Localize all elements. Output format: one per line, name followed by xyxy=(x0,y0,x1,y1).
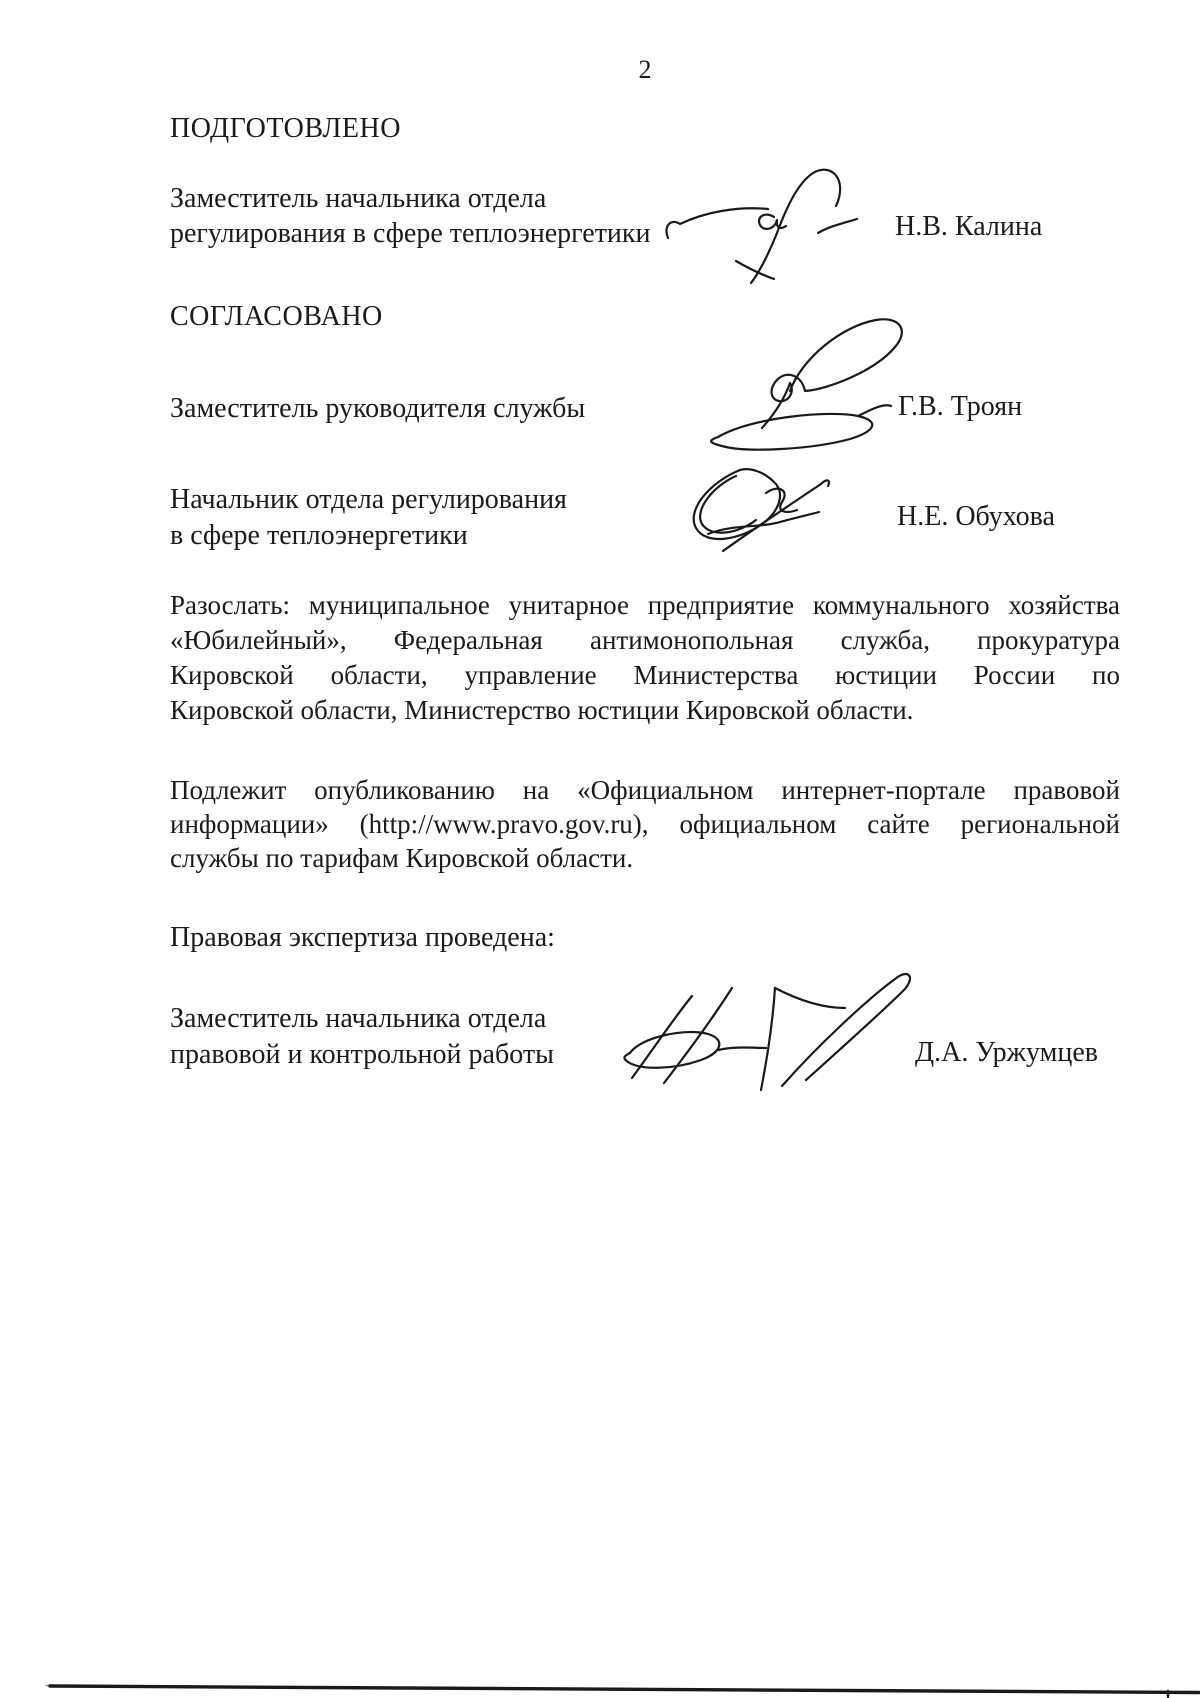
signer-name-obukhova: Н.Е. Обухова xyxy=(897,500,1055,534)
signer-title-urzhumtsev: Заместитель начальника отдела правовой и… xyxy=(170,1001,554,1073)
signature-obukhova xyxy=(678,462,853,557)
paragraph-line: «Юбилейный», Федеральная антимонопольная… xyxy=(170,623,1120,658)
signature-kalina xyxy=(660,160,870,290)
page-number: 2 xyxy=(170,55,1120,85)
section-heading-prepared: ПОДГОТОВЛЕНО xyxy=(170,112,401,146)
paragraph-line: службы по тарифам Кировской области. xyxy=(170,841,1120,875)
paragraph-line: информации» (http://www.pravo.gov.ru), о… xyxy=(170,807,1120,841)
signer-title-kalina: Заместитель начальника отдела регулирова… xyxy=(170,181,651,251)
signer-title-line: Заместитель руководителя службы xyxy=(170,391,585,426)
document-page: 2 ПОДГОТОВЛЕНО Заместитель начальника от… xyxy=(0,0,1200,1698)
signature-urzhumtsev xyxy=(612,956,917,1096)
signer-title-line: правовой и контрольной работы xyxy=(170,1037,554,1073)
scan-edge-line xyxy=(0,1676,1200,1698)
publication-paragraph: Подлежит опубликованию на «Официальном и… xyxy=(170,773,1120,875)
paragraph-line: Подлежит опубликованию на «Официальном и… xyxy=(170,773,1120,807)
signer-title-line: регулирования в сфере теплоэнергетики xyxy=(170,216,651,251)
section-heading-agreed: СОГЛАСОВАНО xyxy=(170,300,383,334)
signer-title-line: Заместитель начальника отдела xyxy=(170,1001,554,1037)
paragraph-line: Разослать: муниципальное унитарное предп… xyxy=(170,588,1120,623)
paragraph-line: Кировской области, Министерство юстиции … xyxy=(170,693,1120,728)
signer-name-urzhumtsev: Д.А. Уржумцев xyxy=(915,1036,1098,1070)
signer-name-kalina: Н.В. Калина xyxy=(895,210,1042,244)
signer-title-line: Заместитель начальника отдела xyxy=(170,181,651,216)
signer-name-troyan: Г.В. Троян xyxy=(898,390,1022,424)
paragraph-line: Кировской области, управление Министерст… xyxy=(170,658,1120,693)
signature-troyan xyxy=(690,318,915,453)
dispatch-paragraph: Разослать: муниципальное унитарное предп… xyxy=(170,588,1120,728)
signer-title-troyan: Заместитель руководителя службы xyxy=(170,391,585,426)
signer-title-obukhova: Начальник отдела регулирования в сфере т… xyxy=(170,482,567,554)
legal-review-label: Правовая экспертиза проведена: xyxy=(170,921,555,955)
signer-title-line: Начальник отдела регулирования xyxy=(170,482,567,518)
signer-title-line: в сфере теплоэнергетики xyxy=(170,518,567,554)
